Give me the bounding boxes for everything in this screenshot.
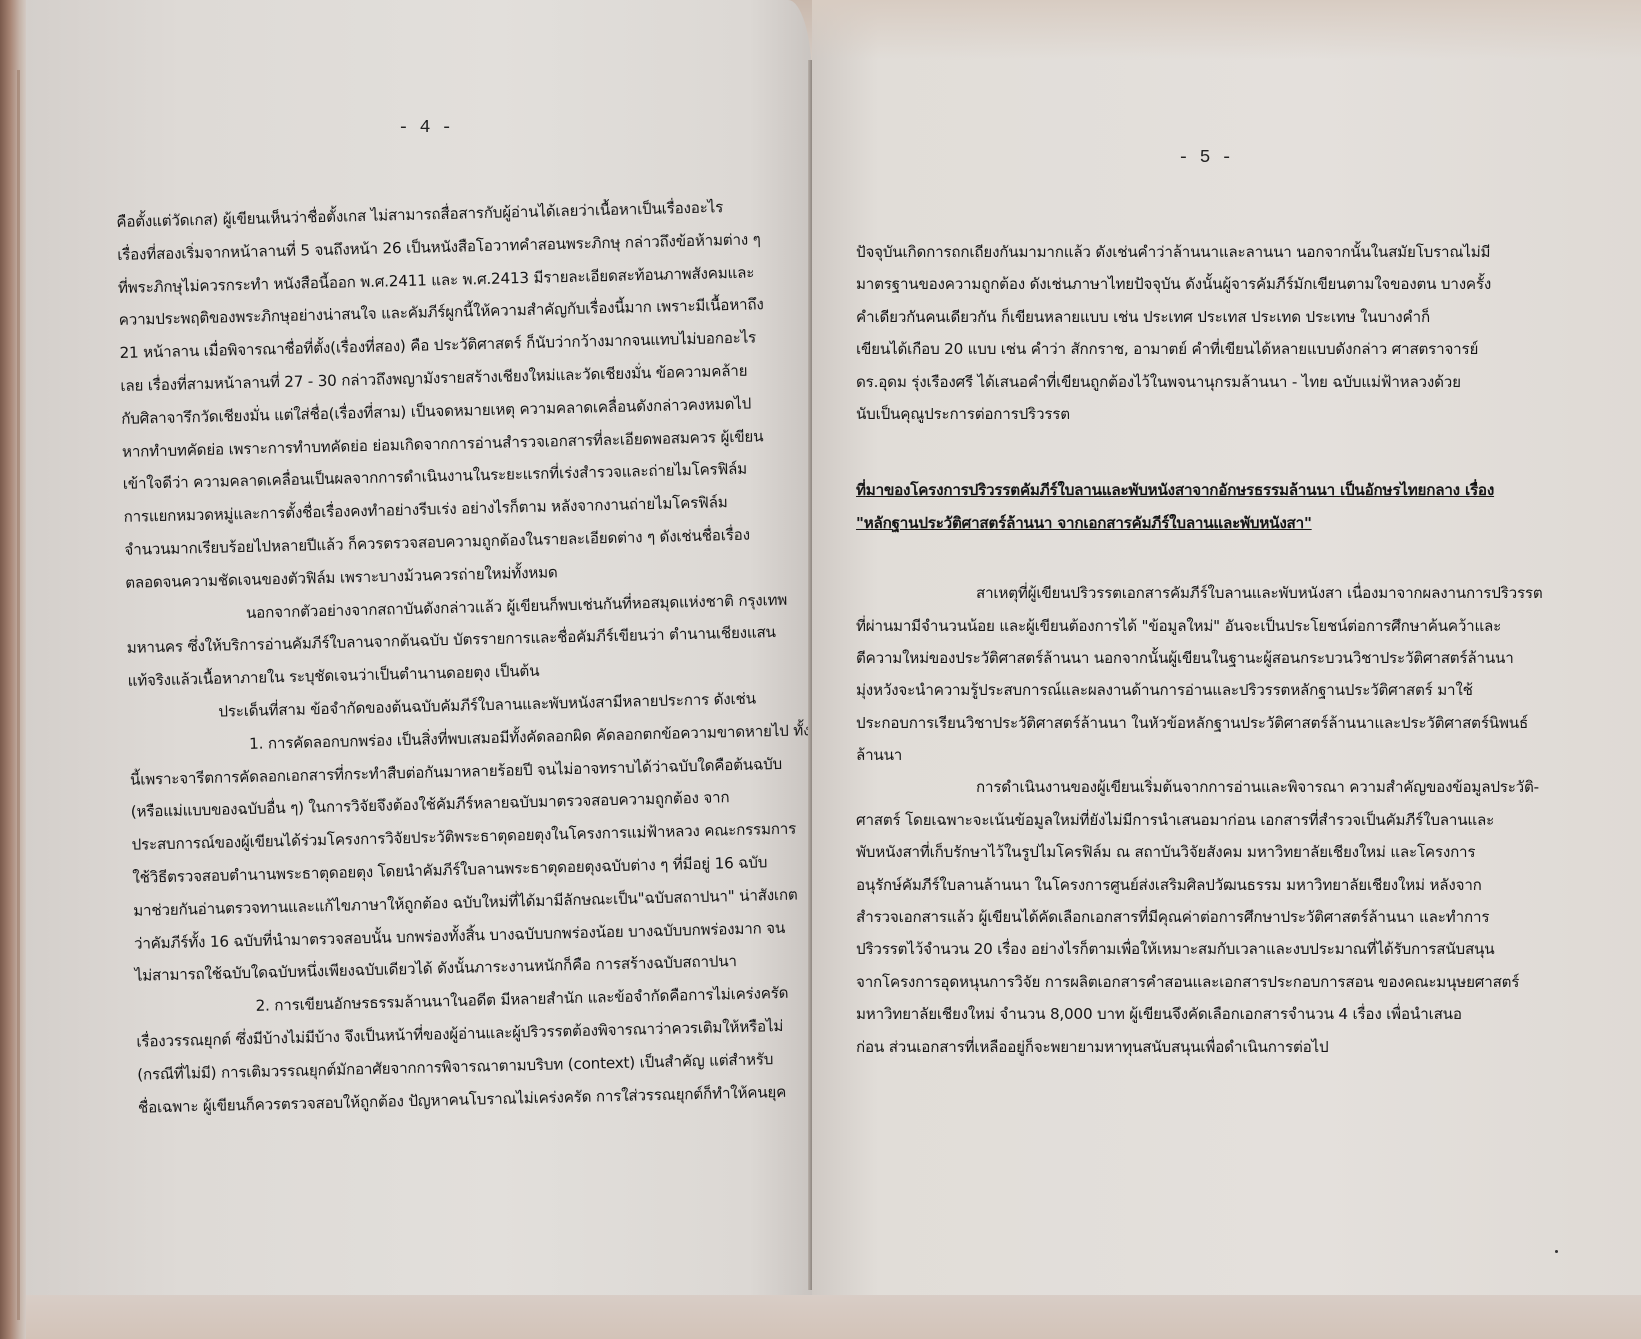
text-line: ดร.อุดม รุ่งเรืองศรี ได้เสนอคำที่เขียนถู… <box>856 366 1556 398</box>
text-line: ศาสตร์ โดยเฉพาะจะเน้นข้อมูลใหม่ที่ยังไม่… <box>856 804 1556 836</box>
right-page-body: ปัจจุบันเกิดการถกเถียงกันมามากแล้ว ดังเช… <box>856 236 1556 1063</box>
section-heading: ที่มาของโครงการปริวรรตคัมภีร์ใบลานและพับ… <box>856 474 1556 506</box>
text-line: ประกอบการเรียนวิชาประวัติศาสตร์ล้านนา ใน… <box>856 707 1556 739</box>
text-line: ปริวรรตไว้จำนวน 20 เรื่อง อย่างไรก็ตามเพ… <box>856 933 1556 965</box>
paper-speck <box>1555 1250 1558 1253</box>
right-page-number: - 5 - <box>1178 148 1232 168</box>
text-line: ตีความใหม่ของประวัติศาสตร์ล้านนา นอกจากน… <box>856 642 1556 674</box>
text-line: สำรวจเอกสารแล้ว ผู้เขียนได้คัดเลือกเอกสา… <box>856 901 1556 933</box>
section-heading: "หลักฐานประวัติศาสตร์ล้านนา จากเอกสารคัม… <box>856 507 1556 539</box>
text-line: อนุรักษ์คัมภีร์ใบลานล้านนา ในโครงการศูนย… <box>856 869 1556 901</box>
text-line: มุ่งหวังจะนำความรู้ประสบการณ์และผลงานด้า… <box>856 674 1556 706</box>
text-line: ปัจจุบันเกิดการถกเถียงกันมามากแล้ว ดังเช… <box>856 236 1556 268</box>
text-line: พับหนังสาที่เก็บรักษาไว้ในรูปไมโครฟิล์ม … <box>856 836 1556 868</box>
text-line: จากโครงการอุดหนุนการวิจัย การผลิตเอกสารค… <box>856 966 1556 998</box>
book-cover-edge <box>0 0 26 1339</box>
text-line: นับเป็นคุณูประการต่อการปริวรรต <box>856 398 1556 430</box>
left-page-body: คือตั้งแต่วัดเกส) ผู้เขียนเห็นว่าชื่อตั้… <box>116 189 818 1124</box>
text-line: มหาวิทยาลัยเชียงใหม่ จำนวน 8,000 บาท ผู้… <box>856 998 1556 1030</box>
paragraph-start-line: สาเหตุที่ผู้เขียนปริวรรตเอกสารคัมภีร์ใบล… <box>856 577 1556 609</box>
text-line: ล้านนา <box>856 739 1556 771</box>
book-bottom-edge <box>26 1295 1641 1339</box>
text-line: ที่ผ่านมามีจำนวนน้อย และผู้เขียนต้องการไ… <box>856 610 1556 642</box>
paragraph-start-line: การดำเนินงานของผู้เขียนเริ่มต้นจากการอ่า… <box>856 771 1556 803</box>
text-line: ก่อน ส่วนเอกสารที่เหลืออยู่ก็จะพยายามหาท… <box>856 1031 1556 1063</box>
text-line: เขียนได้เกือบ 20 แบบ เช่น คำว่า สักกราช,… <box>856 333 1556 365</box>
text-line: มาตรฐานของความถูกต้อง ดังเช่นภาษาไทยปัจจ… <box>856 268 1556 300</box>
left-page-number: - 4 - <box>398 118 452 138</box>
text-line: คำเดียวกันคนเดียวกัน ก็เขียนหลายแบบ เช่น… <box>856 301 1556 333</box>
